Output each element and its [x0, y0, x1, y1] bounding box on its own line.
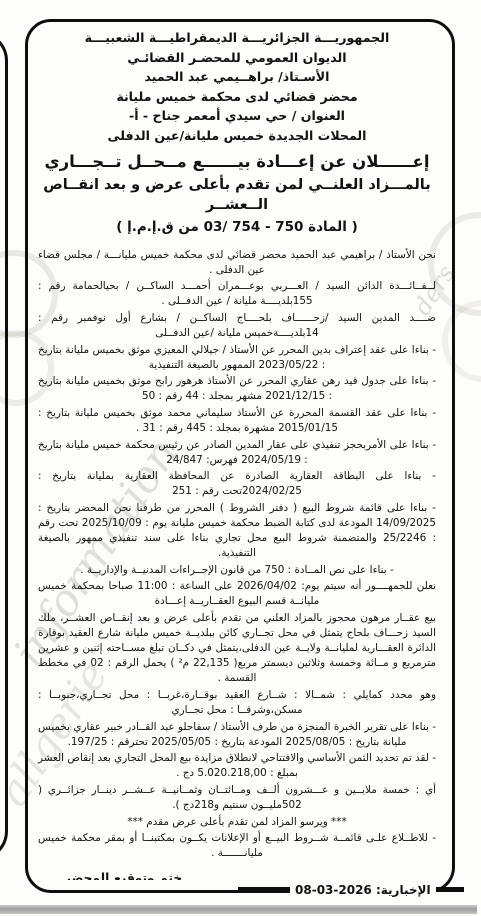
- footer-dateline: الإخبارية: 2026-03-08: [238, 880, 464, 899]
- body-paragraph: نعلن للجمهــــور أنه سيتم يوم: 2026/04/0…: [38, 579, 436, 609]
- body-paragraph: أي : خمسة ملايــين و عـــشرون ألــف ومــ…: [38, 783, 436, 813]
- body-paragraph: ضــــد المدين السيد /زحــــــاف بلحــــا…: [38, 311, 436, 341]
- letterhead-line: العنوان / حي سيدي أمعمر جناح - أ-: [38, 106, 436, 126]
- body-paragraph: لــفــائـــدة الدائن السيد / العـــربي ب…: [38, 279, 436, 309]
- body-paragraph: - بناءا على الأمربحجز تنفيذي على عقار ال…: [38, 438, 436, 468]
- letterhead-line: الديوان العمومي للمحضـر القضائـي: [38, 48, 436, 68]
- adjacent-page-border: [0, 31, 8, 861]
- letterhead-line: المحلات الجديدة خميس مليانة/عين الدفلى: [38, 126, 436, 146]
- letterhead: الجمهوريـــة الجزائريـــة الديمقراطيـــة…: [38, 28, 436, 145]
- body-paragraph: وهو محدد كمايلي : شمــالا : شــارع العقي…: [38, 688, 436, 718]
- letterhead-line: محضر قضائي لدى محكمة خميس مليانة: [38, 87, 436, 107]
- body-paragraph: - للاطــلاع علـى قائمــة شــروط البيــع …: [38, 831, 436, 861]
- body-paragraph: - بناءا على تقرير الخبرة المنجزة من طرف …: [38, 720, 436, 750]
- body-paragraphs: نحن الأستاذ / براهيمي عبد الحميد محضر قض…: [38, 248, 436, 862]
- letterhead-line: الأسـتاذ/ براهــيمي عبد الحميد: [38, 67, 436, 87]
- letterhead-line: الجمهوريـــة الجزائريـــة الديمقراطيـــة…: [38, 28, 436, 48]
- body-paragraph: نحن الأستاذ / براهيمي عبد الحميد محضر قض…: [38, 248, 436, 278]
- body-paragraph: - بناءا على جدول قيد رهن عقاري المحرر عن…: [38, 374, 436, 404]
- body-paragraph: بيع عقــار مرهون محجوز بالمزاد العلني من…: [38, 611, 436, 686]
- notice-title-line: بالمـــزاد العلنــي لمن تقدم بأعلى عرض و…: [38, 176, 436, 215]
- notice-title-line: ( المادة 750 - 754 /03 من ق.إ.م.إ ): [38, 218, 436, 236]
- body-paragraph: - لقد تم تحديد الثمن الأساسي والافتتاحي …: [38, 751, 436, 781]
- footer-rule-right: [436, 887, 464, 892]
- body-paragraph: *** ويرسو المزاد لمن تقدم بأعلى عرض مقدم…: [38, 815, 436, 830]
- footer-date: الإخبارية: 2026-03-08: [290, 883, 436, 897]
- body-paragraph: - بناءا على نص المــادة : 750 من قانون ا…: [38, 563, 436, 578]
- body-paragraph: - بناءا على عقد إعتراف بدين المحرر عن ال…: [38, 343, 436, 373]
- notice-title: إعــــــلان عن إعـــادة بيــــــع مــحــ…: [38, 151, 436, 237]
- document-page: information allgerie ders الجمهوريـــة ا…: [0, 0, 481, 916]
- bottom-scan-strip: [0, 905, 477, 914]
- body-paragraph: - بناءا على البطاقة العقارية الصادرة عن …: [38, 469, 436, 499]
- footer-rule-left: [238, 887, 290, 892]
- body-paragraph: - بناءا على قائمة شروط البيع ( دفتر الشر…: [38, 501, 436, 561]
- body-paragraph: - بناءا على عقد القسمة المحررة عن الأستا…: [38, 406, 436, 436]
- stamp-signature-label: ختم وتوقيع المحضر: [64, 871, 436, 880]
- document-content: الجمهوريـــة الجزائريـــة الديمقراطيـــة…: [31, 24, 443, 880]
- notice-title-line: إعــــــلان عن إعـــادة بيــــــع مــحــ…: [38, 151, 436, 173]
